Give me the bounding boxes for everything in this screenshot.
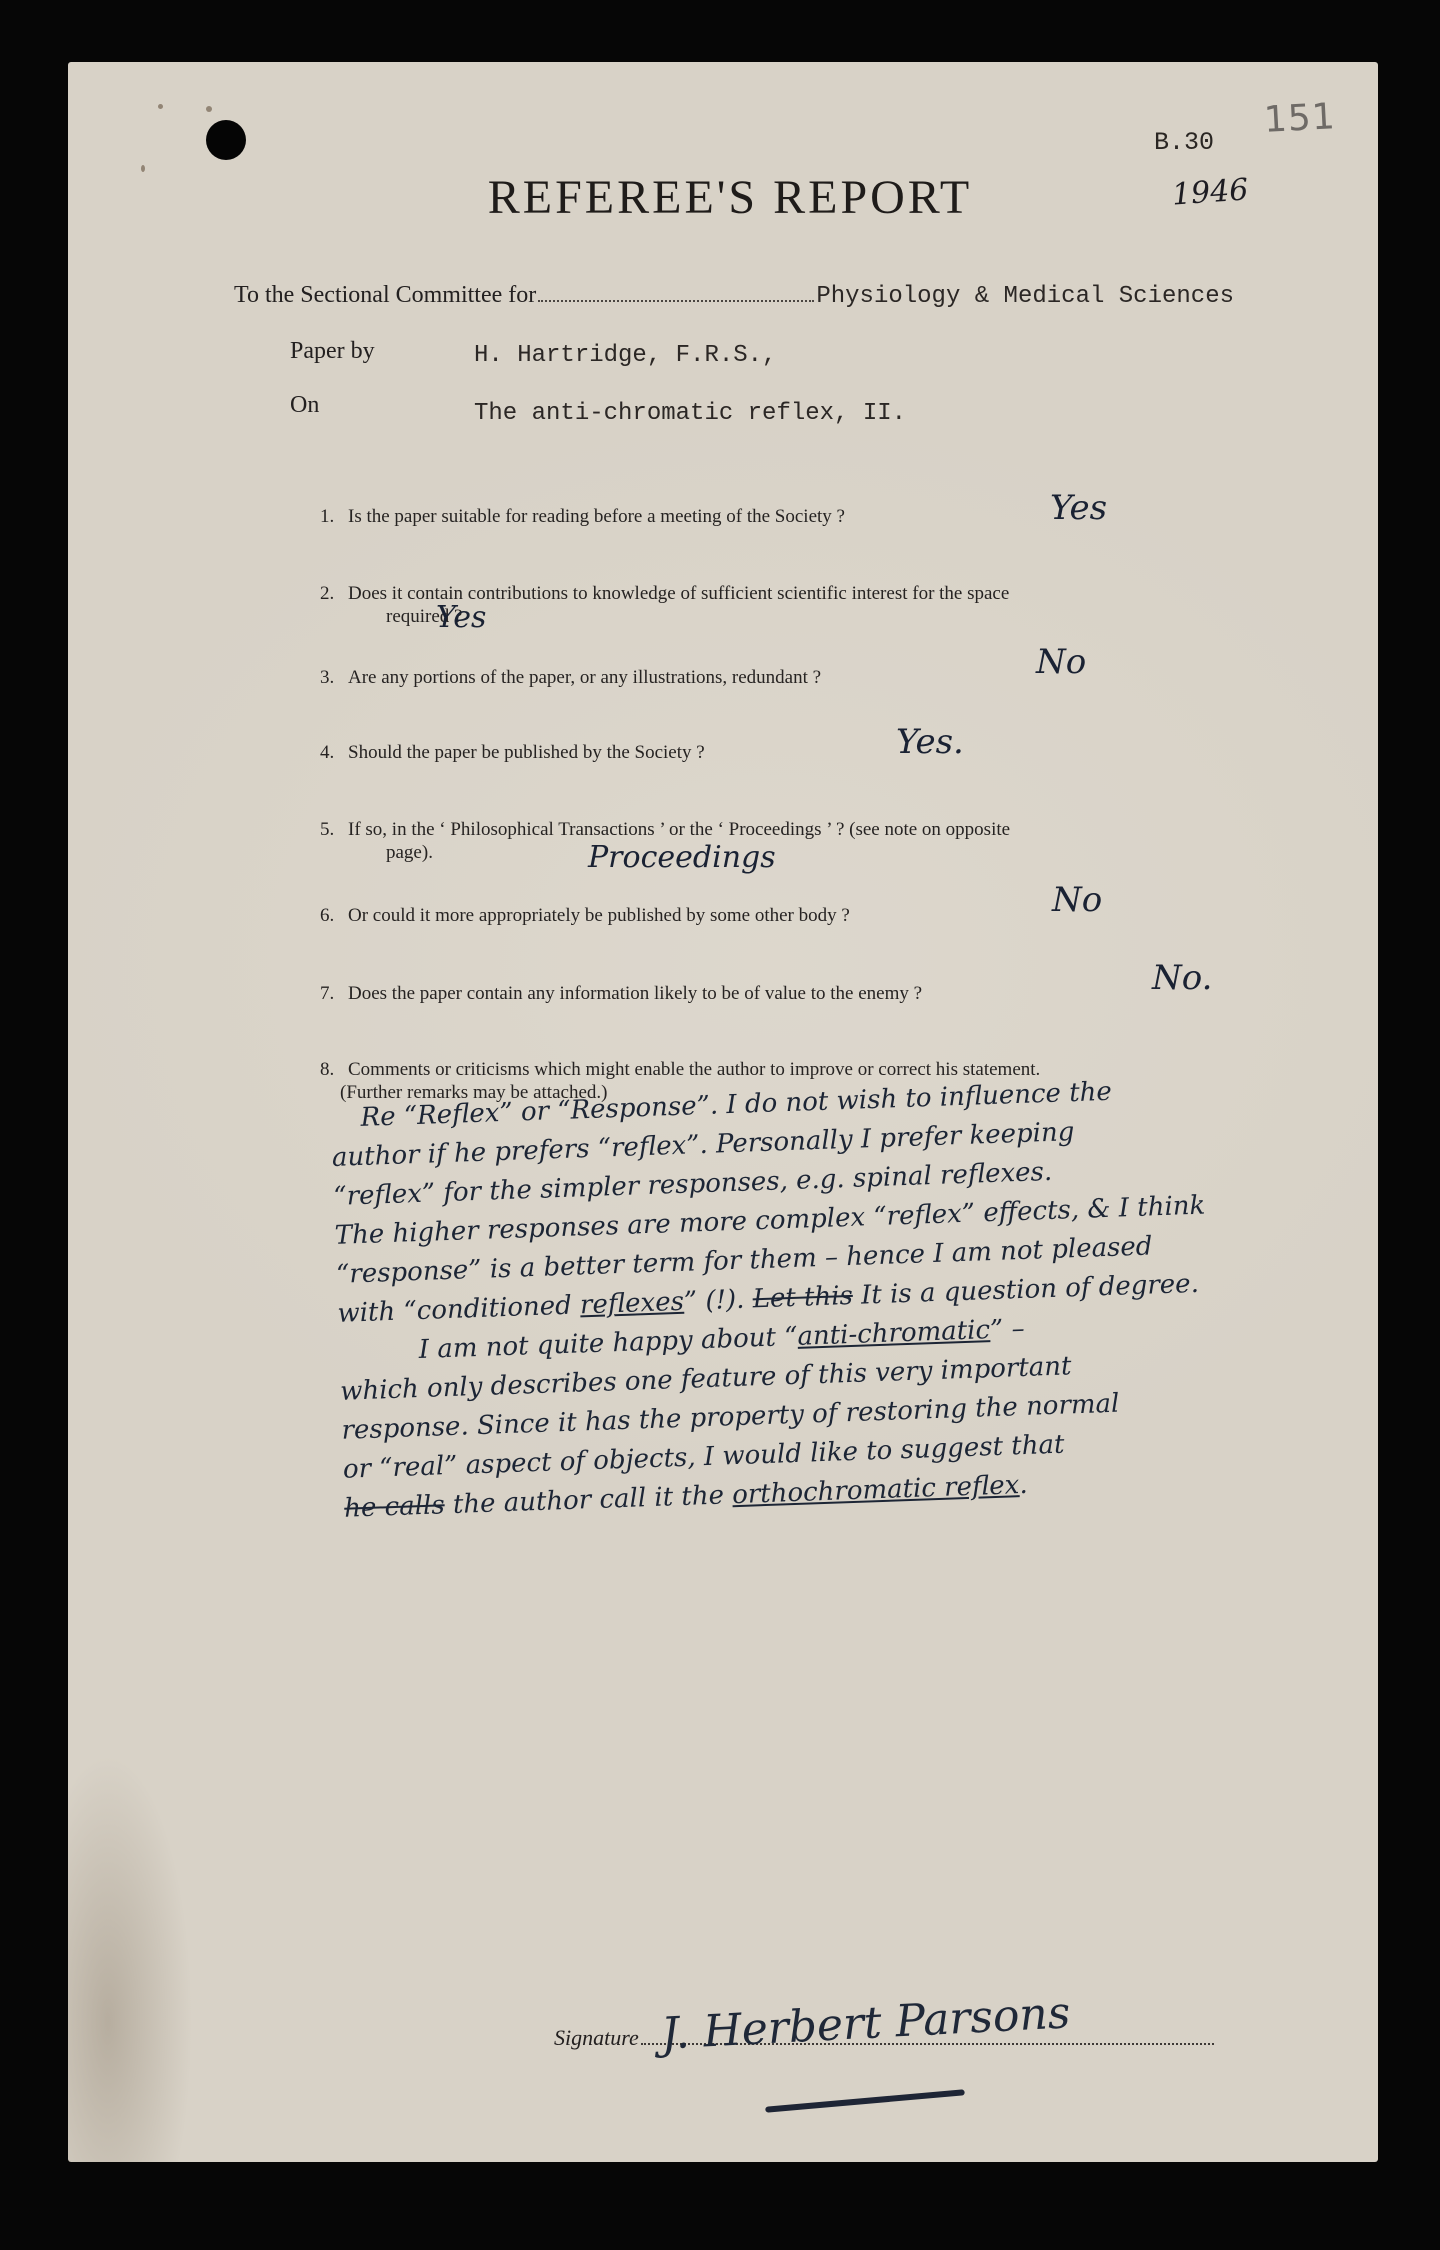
question-text: If so, in the ‘ Philosophical Transactio… <box>348 819 1010 840</box>
punch-hole <box>206 120 246 160</box>
on-label: On <box>290 392 319 419</box>
comment-text: . <box>1019 1470 1028 1500</box>
question-number: 3. <box>320 666 348 689</box>
paper-title-value: The anti-chromatic reflex, II. <box>474 400 906 427</box>
question-number: 7. <box>320 982 348 1005</box>
answer-1: Yes <box>1050 488 1107 528</box>
signature-line: J. Herbert Parsons <box>641 2042 1214 2045</box>
underlined-text: orthochromatic reflex <box>732 1470 1020 1510</box>
answer-7: No. <box>1152 958 1212 998</box>
question-number: 2. <box>320 582 348 605</box>
committee-value: Physiology & Medical Sciences <box>816 283 1234 310</box>
stain <box>158 104 163 109</box>
question-number: 6. <box>320 904 348 927</box>
reference-code: B.30 <box>1154 128 1214 157</box>
signature-label: Signature <box>554 2025 639 2051</box>
comment-text: with “conditioned <box>337 1290 581 1328</box>
comment-text: ” – <box>989 1314 1025 1345</box>
handwritten-comments: Re “Reflex” or “Response”. I do not wish… <box>330 1066 1304 1528</box>
dotted-line <box>538 299 814 302</box>
underlined-text: reflexes <box>580 1287 685 1321</box>
question-text: Comments or criticisms which might enabl… <box>348 1059 1040 1080</box>
answer-4: Yes. <box>896 722 964 762</box>
question-4: 4.Should the paper be published by the S… <box>320 741 1220 764</box>
question-number: 5. <box>320 818 348 841</box>
struck-text: Let this <box>752 1281 853 1314</box>
paper-by-label: Paper by <box>290 338 375 365</box>
question-text: Does the paper contain any information l… <box>348 983 922 1004</box>
paper-by-value: H. Hartridge, F.R.S., <box>474 342 776 369</box>
signature-field: Signature J. Herbert Parsons <box>554 2025 1214 2051</box>
comment-text: It is a question of degree. <box>852 1269 1199 1311</box>
question-text: Are any portions of the paper, or any il… <box>348 667 821 688</box>
question-number: 8. <box>320 1058 348 1081</box>
underlined-text: anti-chromatic <box>797 1315 991 1352</box>
question-text: Should the paper be published by the Soc… <box>348 742 705 763</box>
answer-2: Yes <box>436 600 486 635</box>
question-number: 4. <box>320 741 348 764</box>
question-text: Is the paper suitable for reading before… <box>348 506 845 527</box>
committee-field: To the Sectional Committee for Physiolog… <box>234 282 1234 310</box>
answer-6: No <box>1052 880 1102 920</box>
comment-text: ” (!). <box>683 1284 753 1316</box>
comment-text: the author call it the <box>444 1480 733 1520</box>
stain <box>206 106 212 112</box>
page-title: REFEREE'S REPORT <box>0 170 1440 225</box>
question-number: 1. <box>320 505 348 528</box>
question-7: 7.Does the paper contain any information… <box>320 982 1220 1005</box>
struck-text: he calls <box>344 1490 445 1523</box>
answer-5: Proceedings <box>588 840 776 875</box>
archive-number: 151 <box>1263 96 1337 141</box>
answer-3: No <box>1036 642 1086 682</box>
question-text: Or could it more appropriately be publis… <box>348 905 850 926</box>
committee-label: To the Sectional Committee for <box>234 282 536 309</box>
